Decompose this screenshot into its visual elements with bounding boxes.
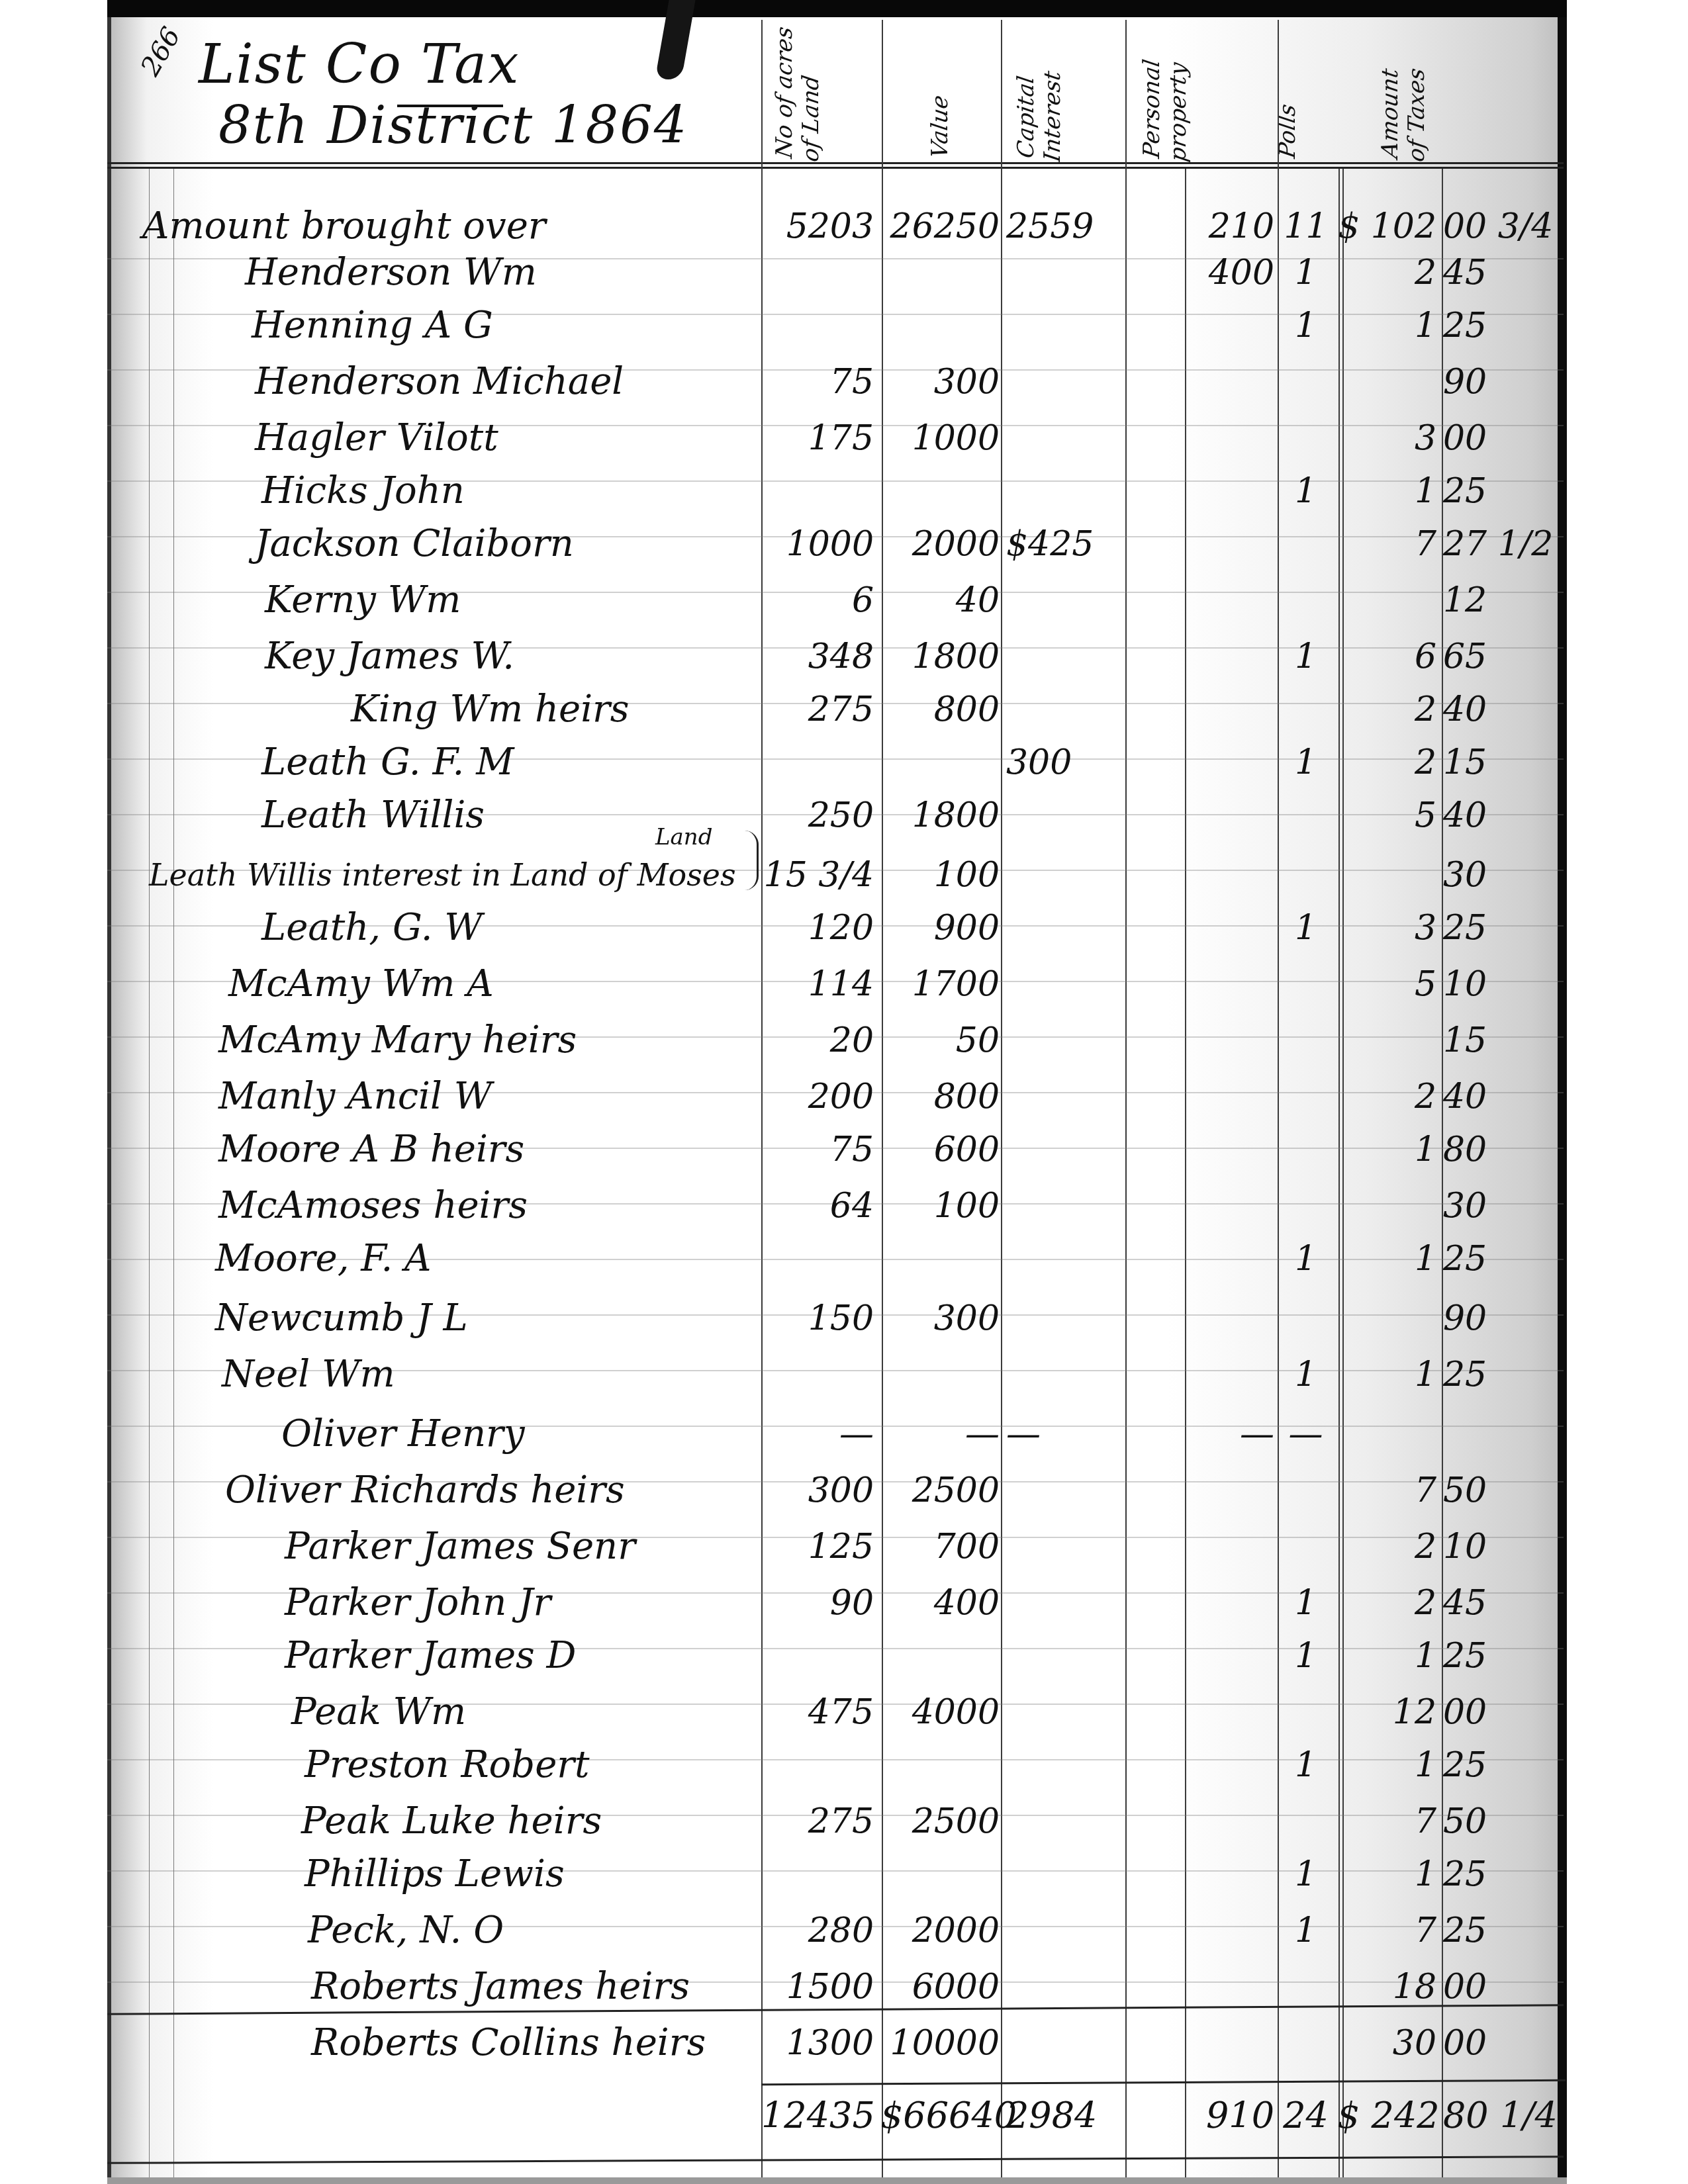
row-polls: 1: [1278, 1846, 1334, 1902]
table-row: Parker James Senr 125 700 2 10: [0, 1519, 1688, 1574]
row-dollars: 2: [1337, 245, 1436, 300]
row-acres: 275: [761, 1794, 874, 1849]
row-dollars: 12: [1337, 1684, 1436, 1740]
row-polls: 1: [1278, 463, 1334, 519]
row-capital: $425: [1000, 516, 1125, 572]
table-row: Hicks John 1 1 25: [0, 463, 1688, 519]
row-acres: 15 3/4: [761, 847, 874, 903]
table-row: Leath Willis interest in Land of Moses 1…: [0, 847, 1688, 903]
table-row: Key James W. 348 1800 1 6 65: [0, 629, 1688, 684]
row-name: Parker James Senr: [285, 1519, 635, 1574]
row-acres: 90: [761, 1575, 874, 1631]
row-value: 800: [880, 682, 1000, 737]
table-row: Manly Ancil W 200 800 2 40: [0, 1069, 1688, 1124]
row-cents: 00: [1442, 410, 1542, 466]
row-dollars: 1: [1337, 1628, 1436, 1684]
total-acres: 12435: [761, 2088, 874, 2144]
row-acres: 275: [761, 682, 874, 737]
row-value: 100: [880, 1178, 1000, 1234]
row-value: 300: [880, 354, 1000, 410]
row-cents: 15: [1442, 1013, 1542, 1068]
row-dollars: 1: [1337, 463, 1436, 519]
row-polls: 1: [1278, 1737, 1334, 1793]
row-value: 1800: [880, 629, 1000, 684]
table-row: Newcumb J L 150 300 90: [0, 1291, 1688, 1346]
row-acres: 300: [761, 1463, 874, 1518]
row-name: McAmy Wm A: [228, 956, 494, 1012]
row-cents: 80: [1442, 1122, 1542, 1177]
row-name: Newcumb J L: [215, 1291, 468, 1346]
row-name: Roberts James heirs: [311, 1959, 690, 2015]
row-polls: 1: [1278, 1628, 1334, 1684]
row-acres: 175: [761, 410, 874, 466]
table-row: Parker John Jr 90 400 1 2 45: [0, 1575, 1688, 1631]
column-header-capital: Capital Interest: [1013, 24, 1053, 161]
row-capital: 300: [1000, 735, 1125, 790]
row-cents: 50: [1442, 1794, 1542, 1849]
row-dollars: 3: [1337, 410, 1436, 466]
row-name: King Wm heirs: [351, 682, 630, 737]
row-name: McAmy Mary heirs: [218, 1013, 577, 1068]
row-personal: —: [1125, 1406, 1274, 1462]
row-acres: 6: [761, 572, 874, 628]
row-polls: 1: [1278, 629, 1334, 684]
row-dollars: 5: [1337, 788, 1436, 843]
land-annotation: Land: [655, 824, 713, 850]
row-name: Peak Wm: [291, 1684, 466, 1740]
row-name: Preston Robert: [305, 1737, 590, 1793]
row-dollars: 5: [1337, 956, 1436, 1012]
row-dollars: 1: [1337, 1737, 1436, 1793]
row-acres: 120: [761, 900, 874, 956]
row-cents: 25: [1442, 463, 1542, 519]
column-header-amount: Amount of Taxes: [1377, 24, 1417, 161]
row-cents: 12: [1442, 572, 1542, 628]
row-acres: 280: [761, 1903, 874, 1958]
row-cents: 45: [1442, 245, 1542, 300]
row-dollars: 3: [1337, 900, 1436, 956]
table-row: McAmy Mary heirs 20 50 15: [0, 1013, 1688, 1068]
table-row: Parker James D 1 1 25: [0, 1628, 1688, 1684]
column-header-acres: No of acres of Land: [771, 24, 811, 161]
row-acres: 114: [761, 956, 874, 1012]
row-polls: 1: [1278, 1575, 1334, 1631]
row-value: 800: [880, 1069, 1000, 1124]
row-cents: 25: [1442, 1737, 1542, 1793]
row-cents: 25: [1442, 1231, 1542, 1287]
row-value: 50: [880, 1013, 1000, 1068]
row-dollars: 2: [1337, 1519, 1436, 1574]
row-cents: 40: [1442, 682, 1542, 737]
row-value: 2500: [880, 1463, 1000, 1518]
row-acres: 250: [761, 788, 874, 843]
row-value: 700: [880, 1519, 1000, 1574]
total-polls: 24: [1278, 2088, 1334, 2144]
row-name: Leath, G. W: [261, 900, 483, 956]
row-name: Key James W.: [265, 629, 514, 684]
row-name: Henderson Wm: [245, 245, 537, 300]
bracket-mark: [745, 831, 759, 890]
row-acres: 1500: [761, 1959, 874, 2015]
row-dollars: 1: [1337, 1846, 1436, 1902]
row-polls: —: [1278, 1406, 1334, 1462]
row-name: Hicks John: [261, 463, 465, 519]
row-name: Oliver Henry: [281, 1406, 525, 1462]
row-name: Kerny Wm: [265, 572, 461, 628]
row-value: 400: [880, 1575, 1000, 1631]
total-capital: 2984: [1000, 2088, 1125, 2144]
row-cents: 25: [1442, 900, 1542, 956]
row-value: 300: [880, 1291, 1000, 1346]
ledger-title: List Co Tax: [199, 33, 520, 96]
row-value: 600: [880, 1122, 1000, 1177]
row-cents: 40: [1442, 788, 1542, 843]
row-dollars: 7: [1337, 1903, 1436, 1958]
row-acres: 150: [761, 1291, 874, 1346]
row-value: 100: [880, 847, 1000, 903]
header-double-rule: [107, 162, 1564, 169]
row-name: Roberts Collins heirs: [311, 2015, 706, 2071]
row-value: 900: [880, 900, 1000, 956]
row-dollars: 6: [1337, 629, 1436, 684]
row-name: Henning A G: [252, 298, 493, 353]
table-row: Phillips Lewis 1 1 25: [0, 1846, 1688, 1902]
row-value: 4000: [880, 1684, 1000, 1740]
row-dollars: 2: [1337, 735, 1436, 790]
row-acres: —: [761, 1406, 874, 1462]
row-cents: 30: [1442, 1178, 1542, 1234]
row-dollars: 1: [1337, 298, 1436, 353]
row-dollars: 7: [1337, 1794, 1436, 1849]
row-name: Parker John Jr: [285, 1575, 551, 1631]
row-acres: 75: [761, 354, 874, 410]
row-name: Peak Luke heirs: [301, 1794, 602, 1849]
row-acres: 20: [761, 1013, 874, 1068]
table-row: Henderson Wm 400 1 2 45: [0, 245, 1688, 300]
row-dollars: 1: [1337, 1347, 1436, 1402]
row-value: 2000: [880, 516, 1000, 572]
row-dollars: 2: [1337, 1575, 1436, 1631]
row-polls: 1: [1278, 735, 1334, 790]
table-row: Leath Willis 250 1800 5 40: [0, 788, 1688, 843]
scan-bottom-edge: [107, 2177, 1567, 2184]
row-name: Leath Willis interest in Land of Moses: [149, 847, 736, 903]
row-acres: 125: [761, 1519, 874, 1574]
table-row: Moore A B heirs 75 600 1 80: [0, 1122, 1688, 1177]
row-personal: 400: [1125, 245, 1274, 300]
totals-row: 12435 $66640 2984 910 24 $ 242 80 1/4: [0, 2088, 1688, 2144]
row-capital: —: [1000, 1406, 1125, 1462]
row-cents: 50: [1442, 1463, 1542, 1518]
row-polls: 1: [1278, 1231, 1334, 1287]
row-cents: 00: [1442, 1684, 1542, 1740]
column-header-personal: Personal property: [1139, 24, 1178, 161]
row-cents: 27 1/2: [1442, 516, 1542, 572]
row-cents: 30: [1442, 847, 1542, 903]
row-dollars: 1: [1337, 1122, 1436, 1177]
row-dollars: 7: [1337, 1463, 1436, 1518]
row-name: Jackson Claiborn: [255, 516, 574, 572]
row-acres: 1000: [761, 516, 874, 572]
row-value: 40: [880, 572, 1000, 628]
row-name: Henderson Michael: [255, 354, 624, 410]
row-cents: 90: [1442, 354, 1542, 410]
table-row: Preston Robert 1 1 25: [0, 1737, 1688, 1793]
row-dollars: 1: [1337, 1231, 1436, 1287]
row-cents: 25: [1442, 1846, 1542, 1902]
column-header-polls: Polls: [1274, 24, 1314, 161]
table-row: Peak Wm 475 4000 12 00: [0, 1684, 1688, 1740]
table-row: Henning A G 1 1 25: [0, 298, 1688, 353]
total-dollars: $ 242: [1337, 2088, 1436, 2144]
table-row: Leath G. F. M 300 1 2 15: [0, 735, 1688, 790]
row-name: Parker James D: [285, 1628, 576, 1684]
row-cents: 10: [1442, 1519, 1542, 1574]
row-cents: 25: [1442, 1347, 1542, 1402]
ledger-subtitle: 8th District 1864: [218, 96, 688, 156]
row-polls: 1: [1278, 298, 1334, 353]
row-value: 2000: [880, 1903, 1000, 1958]
table-row: Leath, G. W 120 900 1 3 25: [0, 900, 1688, 956]
row-cents: 10: [1442, 956, 1542, 1012]
row-name: Oliver Richards heirs: [225, 1463, 625, 1518]
table-row: Moore, F. A 1 1 25: [0, 1231, 1688, 1287]
total-value: $66640: [880, 2088, 1000, 2144]
row-value: 6000: [880, 1959, 1000, 2015]
row-name: Moore, F. A: [215, 1231, 431, 1287]
row-polls: 1: [1278, 900, 1334, 956]
scan-top-edge: [107, 0, 1567, 17]
row-cents: 15: [1442, 735, 1542, 790]
row-value: —: [880, 1406, 1000, 1462]
row-name: Leath G. F. M: [261, 735, 514, 790]
row-cents: 45: [1442, 1575, 1542, 1631]
row-polls: 1: [1278, 245, 1334, 300]
row-value: 1700: [880, 956, 1000, 1012]
table-row: McAmoses heirs 64 100 30: [0, 1178, 1688, 1234]
table-row: Jackson Claiborn 1000 2000 $425 7 27 1/2: [0, 516, 1688, 572]
row-cents: 25: [1442, 1628, 1542, 1684]
column-header-value: Value: [927, 24, 966, 161]
row-value: 2500: [880, 1794, 1000, 1849]
row-dollars: 7: [1337, 516, 1436, 572]
row-name: Hagler Vilott: [255, 410, 498, 466]
row-dollars: 30: [1337, 2015, 1436, 2071]
row-cents: 40: [1442, 1069, 1542, 1124]
table-row: Oliver Richards heirs 300 2500 7 50: [0, 1463, 1688, 1518]
row-name: Moore A B heirs: [218, 1122, 524, 1177]
row-value: 10000: [880, 2015, 1000, 2071]
row-name: McAmoses heirs: [218, 1178, 528, 1234]
row-acres: 64: [761, 1178, 874, 1234]
table-row: King Wm heirs 275 800 2 40: [0, 682, 1688, 737]
table-row: McAmy Wm A 114 1700 5 10: [0, 956, 1688, 1012]
table-row: Neel Wm 1 1 25: [0, 1347, 1688, 1402]
row-value: 1800: [880, 788, 1000, 843]
row-acres: 200: [761, 1069, 874, 1124]
row-cents: 25: [1442, 1903, 1542, 1958]
row-cents: 25: [1442, 298, 1542, 353]
row-name: Manly Ancil W: [218, 1069, 492, 1124]
table-row: Hagler Vilott 175 1000 3 00: [0, 410, 1688, 466]
row-value: 1000: [880, 410, 1000, 466]
table-row: Oliver Henry — — — — —: [0, 1406, 1688, 1462]
row-name: Peck, N. O: [308, 1903, 504, 1958]
row-name: Leath Willis: [261, 788, 485, 843]
row-acres: 348: [761, 629, 874, 684]
row-cents: 90: [1442, 1291, 1542, 1346]
row-name: Phillips Lewis: [305, 1846, 565, 1902]
row-polls: 1: [1278, 1347, 1334, 1402]
total-personal: 910: [1125, 2088, 1274, 2144]
table-row: Peak Luke heirs 275 2500 7 50: [0, 1794, 1688, 1849]
table-row: Henderson Michael 75 300 90: [0, 354, 1688, 410]
total-cents: 80 1/4: [1442, 2088, 1542, 2144]
row-name: Neel Wm: [222, 1347, 395, 1402]
row-polls: 1: [1278, 1903, 1334, 1958]
row-acres: 1300: [761, 2015, 874, 2071]
row-dollars: 2: [1337, 682, 1436, 737]
row-dollars: 2: [1337, 1069, 1436, 1124]
table-row: Roberts Collins heirs 1300 10000 30 00: [0, 2015, 1688, 2071]
row-cents: 65: [1442, 629, 1542, 684]
row-cents: 00: [1442, 2015, 1542, 2071]
table-row: Kerny Wm 6 40 12: [0, 572, 1688, 628]
table-row: Peck, N. O 280 2000 1 7 25: [0, 1903, 1688, 1958]
row-acres: 75: [761, 1122, 874, 1177]
row-acres: 475: [761, 1684, 874, 1740]
